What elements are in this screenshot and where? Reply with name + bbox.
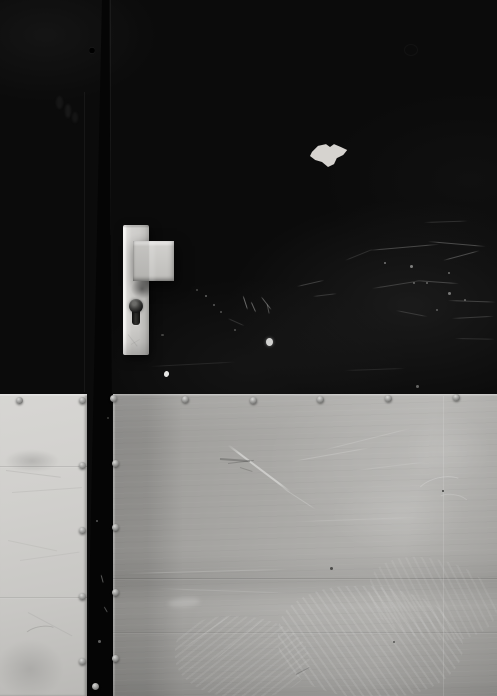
rivet-gap-bottom xyxy=(0,0,497,696)
photo-black-door xyxy=(0,0,497,696)
rivet xyxy=(92,683,99,690)
